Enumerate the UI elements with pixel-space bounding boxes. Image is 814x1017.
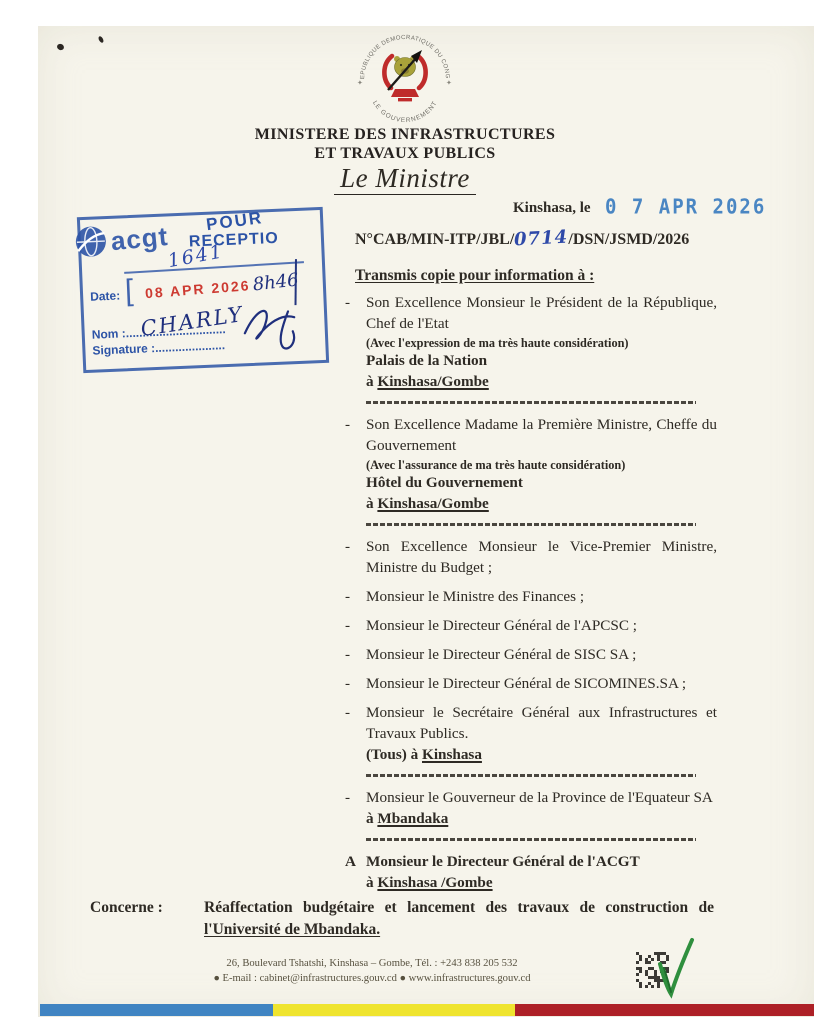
recipient-text: Monsieur le Directeur Général de SICOMIN… <box>366 674 717 695</box>
recipient-text: Monsieur le Directeur Général de SISC SA… <box>366 645 717 666</box>
coat-of-arms-icon: REPUBLIQUE DEMOCRATIQUE DU CONGO LE GOUV… <box>348 30 462 130</box>
handwritten-reference-number: 0714 <box>514 227 569 251</box>
svg-text:LE GOUVERNEMENT: LE GOUVERNEMENT <box>371 100 439 124</box>
minister-title: Le Ministre <box>155 163 655 194</box>
final-recipient: A Monsieur le Directeur Général de l'ACG… <box>345 852 717 894</box>
recipient-items: -Son Excellence Monsieur le Président de… <box>345 293 717 841</box>
dash-bullet: - <box>345 587 366 608</box>
recipient-text: Son Excellence Monsieur le Vice-Premier … <box>366 537 717 579</box>
stamp-bracket: [ <box>124 274 134 308</box>
dateline-stamped-date: 0 7 APR 2026 <box>605 195 766 219</box>
acgt-globe-icon <box>70 221 112 263</box>
consideration-note: (Avec l'expression de ma très haute cons… <box>366 335 717 351</box>
final-recipient-line: Monsieur le Directeur Général de l'ACGT <box>366 852 717 873</box>
recipient-text: Monsieur le Directeur Général de l'APCSC… <box>366 616 717 637</box>
consideration-note: (Avec l'assurance de ma très haute consi… <box>366 457 717 473</box>
recipient-body: Monsieur le Secrétaire Général aux Infra… <box>366 703 717 766</box>
recipient-text: Son Excellence Madame la Première Minist… <box>366 415 717 457</box>
tusk-right <box>418 56 426 88</box>
scanned-letter: REPUBLIQUE DEMOCRATIQUE DU CONGO LE GOUV… <box>0 0 814 1017</box>
stamp-date-label: Date: <box>90 288 121 303</box>
flag-stripe-red <box>515 1004 814 1016</box>
recipient-city: à Kinshasa/Gombe <box>366 494 717 515</box>
recipient-body: Son Excellence Monsieur le Vice-Premier … <box>366 537 717 579</box>
green-check-mark <box>652 934 704 1006</box>
recipient-city: (Tous) à Kinshasa <box>366 745 717 766</box>
recipient-body: Monsieur le Gouverneur de la Province de… <box>366 788 717 830</box>
list-item: -Monsieur le Directeur Général de l'APCS… <box>345 616 717 637</box>
city-name: Kinshasa/Gombe <box>377 373 488 390</box>
recipient-body: Monsieur le Directeur Général de SISC SA… <box>366 645 717 666</box>
stamp-red-date: 08 APR 2026 <box>145 277 251 301</box>
acgt-brand: acgt <box>109 221 169 257</box>
dashed-separator <box>366 523 696 526</box>
recipient-location: Palais de la Nation <box>366 351 717 372</box>
dash-bullet: - <box>345 537 366 579</box>
dash-bullet: - <box>345 674 366 695</box>
dash-bullet: - <box>345 293 366 393</box>
list-item: -Monsieur le Secrétaire Général aux Infr… <box>345 703 717 766</box>
dash-bullet: - <box>345 645 366 666</box>
ministry-line1: MINISTERE DES INFRASTRUCTURES <box>155 126 655 145</box>
city-name: Kinshasa <box>422 746 482 763</box>
subject-line: Concerne : Réaffectation budgétaire et l… <box>90 897 714 942</box>
recipient-body: Monsieur le Directeur Général de l'APCSC… <box>366 616 717 637</box>
final-place: Kinshasa /Gombe <box>377 874 492 891</box>
transmission-list: -Son Excellence Monsieur le Président de… <box>345 293 717 902</box>
city-prefix: à <box>366 373 377 390</box>
dashed-separator <box>366 774 696 777</box>
tusk-left <box>384 56 392 88</box>
list-item: -Monsieur le Directeur Général de SISC S… <box>345 645 717 666</box>
list-item: -Son Excellence Monsieur le Vice-Premier… <box>345 537 717 579</box>
list-item: -Son Excellence Monsieur le Président de… <box>345 293 717 393</box>
dashed-separator <box>366 401 696 404</box>
pedestal <box>391 89 419 97</box>
city-prefix: à <box>366 810 377 827</box>
seal-star-right: ✦ <box>446 79 452 87</box>
list-item: -Monsieur le Directeur Général de SICOMI… <box>345 674 717 695</box>
recipient-body: Son Excellence Madame la Première Minist… <box>366 415 717 515</box>
city-name: Kinshasa/Gombe <box>377 495 488 512</box>
recipient-body: Son Excellence Monsieur le Président de … <box>366 293 717 393</box>
footer: 26, Boulevard Tshatshi, Kinshasa – Gombe… <box>142 956 602 987</box>
subject-label: Concerne : <box>90 897 204 942</box>
recipient-city: à Mbandaka <box>366 809 717 830</box>
handwritten-signature <box>229 297 311 356</box>
list-item: -Monsieur le Ministre des Finances ; <box>345 587 717 608</box>
reference-number: N°CAB/MIN-ITP/JBL/0714/DSN/JSMD/2026 <box>355 228 689 249</box>
recipient-text: Monsieur le Secrétaire Général aux Infra… <box>366 703 717 745</box>
subject-text: Réaffectation budgétaire et lancement de… <box>204 897 714 942</box>
recipient-text: Monsieur le Gouverneur de la Province de… <box>366 788 717 809</box>
list-item: -Monsieur le Gouverneur de la Province d… <box>345 788 717 830</box>
dash-bullet: - <box>345 415 366 515</box>
city-name: Mbandaka <box>377 810 448 827</box>
seal-star-left: ✦ <box>357 79 363 87</box>
stamp-signature-label: Signature :..................... <box>92 338 225 358</box>
recipient-body: Monsieur le Ministre des Finances ; <box>366 587 717 608</box>
flag-stripe-yellow <box>273 1004 515 1016</box>
recipient-city: à Kinshasa/Gombe <box>366 372 717 393</box>
flag-stripe-blue <box>40 1004 273 1016</box>
dashed-separator <box>366 838 696 841</box>
recipient-text: Son Excellence Monsieur le Président de … <box>366 293 717 335</box>
seal-bottom-text: LE GOUVERNEMENT <box>371 100 439 124</box>
dash-bullet: - <box>345 703 366 766</box>
dateline-city: Kinshasa, le <box>513 200 591 217</box>
footer-contact: ● E-mail : cabinet@infrastructures.gouv.… <box>142 971 602 986</box>
final-prefix: A <box>345 852 366 894</box>
list-item: -Son Excellence Madame la Première Minis… <box>345 415 717 515</box>
reception-stamp: acgt POUR RECEPTIO 1641 Date: [ 08 APR 2… <box>77 207 329 373</box>
recipient-body: Monsieur le Directeur Général de SICOMIN… <box>366 674 717 695</box>
ministry-line2: ET TRAVAUX PUBLICS <box>155 145 655 164</box>
recipient-location: Hôtel du Gouvernement <box>366 473 717 494</box>
dash-bullet: - <box>345 788 366 830</box>
dash-bullet: - <box>345 616 366 637</box>
recipient-text: Monsieur le Ministre des Finances ; <box>366 587 717 608</box>
handwritten-time: 8h46 <box>252 269 300 295</box>
city-prefix: à <box>366 495 377 512</box>
transmission-heading: Transmis copie pour information à : <box>355 267 594 285</box>
footer-address: 26, Boulevard Tshatshi, Kinshasa – Gombe… <box>142 956 602 971</box>
ministry-header: MINISTERE DES INFRASTRUCTURES ET TRAVAUX… <box>155 126 655 164</box>
city-prefix: (Tous) à <box>366 746 422 763</box>
